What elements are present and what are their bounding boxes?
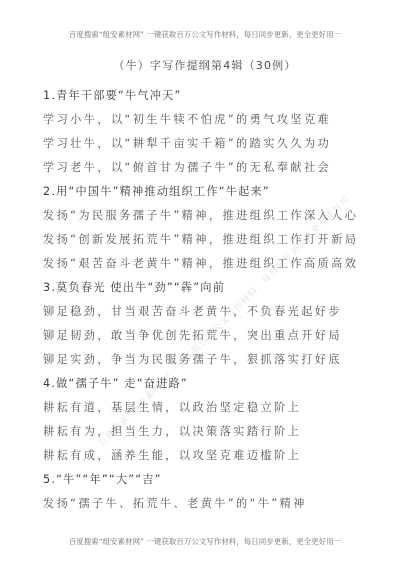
page-header: 百度搜索“组安素材网” 一键获取百万公文写作材料，每日同步更新，更全更好用一	[0, 29, 410, 40]
section-heading: 1.青年干部要“牛气冲天”	[43, 88, 383, 112]
section-line: 耕耘有道，基层生情，以政治坚定稳立阶上	[43, 400, 383, 424]
section-line: 铆足稳劲，甘当艰苦奋斗老黄牛，不负春光起好步	[43, 304, 383, 328]
section-line: 发扬“艰苦奋斗老黄牛”精神，推进组织工作高质高效	[43, 256, 383, 280]
document-title: （牛）字写作提纲第4辑（30例）	[0, 57, 410, 73]
section-line: 发扬“创新发展拓荒牛”精神，推进组织工作打开新局	[43, 232, 383, 256]
section-heading: 3.莫负春光 使出牛“劲”“犇”向前	[43, 280, 383, 304]
section-line: 耕耘有为，担当生力，以决策落实踏行阶上	[43, 424, 383, 448]
section-line: 学习壮牛，以“耕犁千亩实千箱”的踏实久久为功	[43, 136, 383, 160]
section-heading: 5.“牛”“年”“大”“吉”	[43, 472, 383, 496]
page-footer: 百度搜索“组安素材网” 一键获取百万公文写作材料，每日同步更新，更全更好用一	[0, 536, 410, 547]
section-line: 发扬“孺子牛、拓荒牛、老黄牛”的“牛”精神	[43, 496, 383, 520]
section-line: 铆足实劲，争当为民服务孺子牛，狠抓落实打好底	[43, 352, 383, 376]
section-line: 学习小牛，以“初生牛犊不怕虎”的勇气攻坚克难	[43, 112, 383, 136]
document-body: 1.青年干部要“牛气冲天” 学习小牛，以“初生牛犊不怕虎”的勇气攻坚克难 学习壮…	[43, 88, 383, 520]
section-line: 铆足韧劲，敢当争优创先拓荒牛，突出重点开好局	[43, 328, 383, 352]
section-line: 学习老牛，以“俯首甘为孺子牛”的无私奉献社会	[43, 160, 383, 184]
section-line: 发扬“为民服务孺子牛”精神，推进组织工作深入人心	[43, 208, 383, 232]
section-heading: 2.用“中国牛”精神推动组织工作“牛起来”	[43, 184, 383, 208]
section-heading: 4.做“孺子牛” 走“奋进路”	[43, 376, 383, 400]
section-line: 耕耘有成，涵养生能，以攻坚克难迈槛阶上	[43, 448, 383, 472]
